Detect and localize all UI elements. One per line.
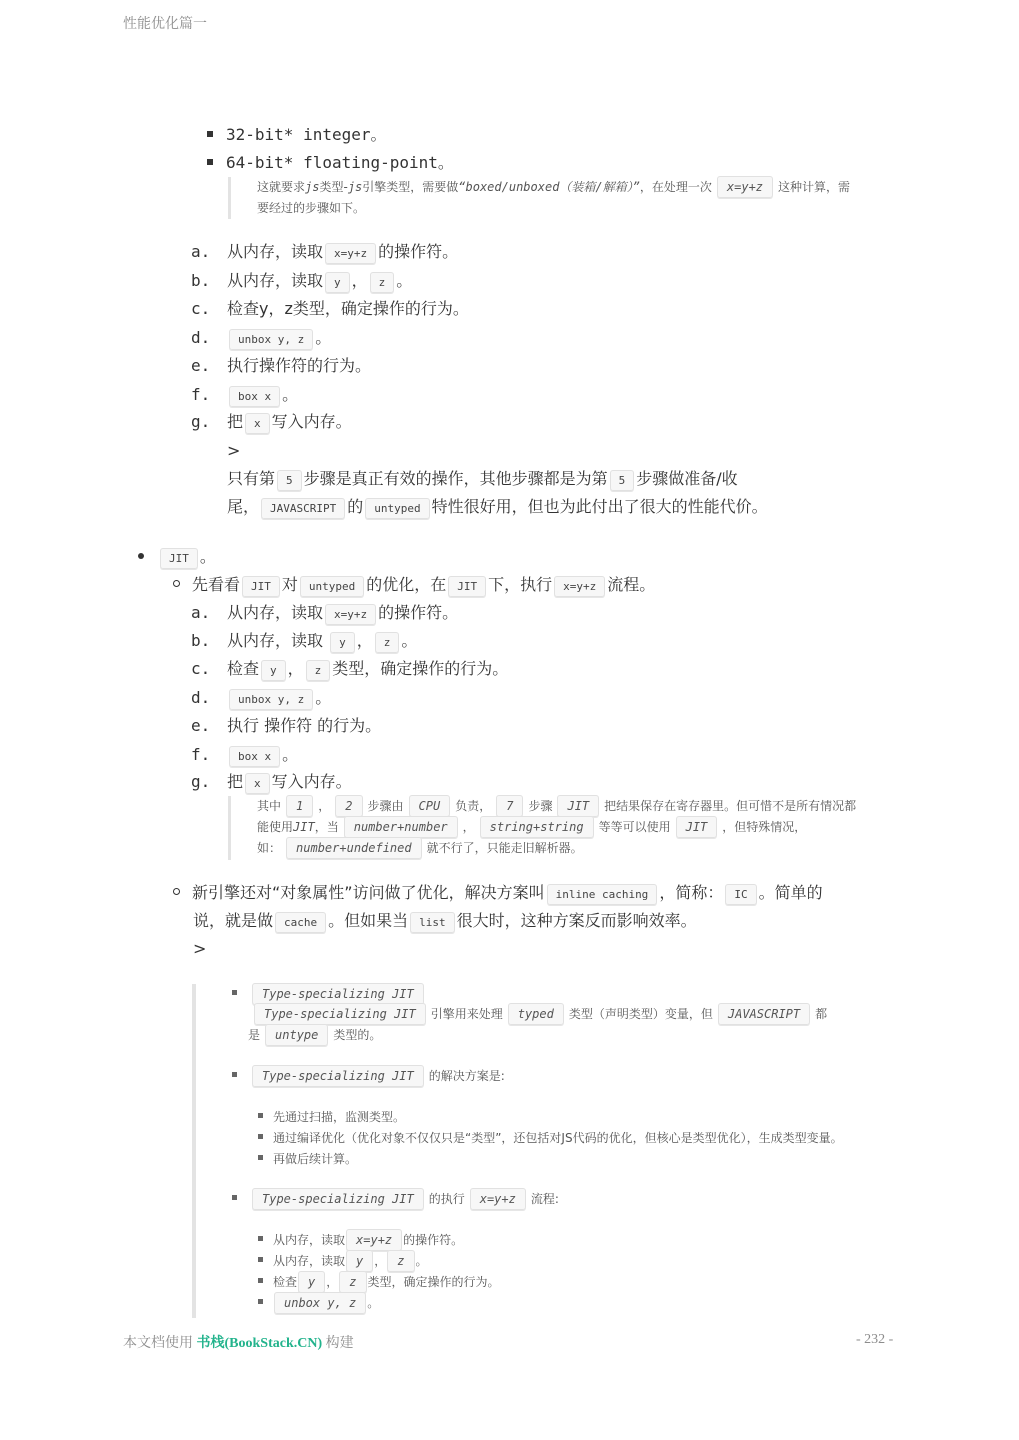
step-text: 把 — [227, 412, 243, 431]
inline-code: Type-specializing JIT — [254, 1003, 426, 1025]
inline-code: untype — [265, 1024, 328, 1046]
inline-code: z — [387, 1250, 414, 1272]
inline-code: Type-specializing JIT — [252, 983, 424, 1005]
step-item: f.box x。 — [191, 743, 298, 769]
step-item: c.检查y，z类型，确定操作的行为。 — [191, 297, 469, 321]
inline-code: x=y+z — [325, 243, 376, 264]
step-label: b. — [191, 269, 227, 293]
inline-code: 5 — [610, 470, 635, 491]
text: ， — [374, 1254, 386, 1268]
inline-code: x=y+z — [346, 1229, 402, 1251]
inline-code: unbox y, z — [274, 1292, 366, 1314]
text: 说，就是做 — [193, 911, 273, 930]
text: 都 — [815, 1007, 827, 1021]
blockquote-bar — [192, 984, 196, 1318]
text: 流程。 — [607, 575, 655, 594]
quote-text: 负责， — [455, 799, 491, 813]
inline-code: JAVASCRIPT — [261, 498, 345, 519]
step-text: 执行操作符的行为。 — [227, 356, 371, 375]
quote-text: ，在处理一次 — [640, 180, 712, 194]
inline-code: cache — [275, 912, 326, 933]
square-bullet-icon — [258, 1278, 263, 1283]
text: 从内存，读取 — [273, 1233, 345, 1247]
sub-list-item: unbox y, z。 — [258, 1293, 379, 1314]
summary-line: 尾，JAVASCRIPT的untyped特性很好用，但也为此付出了很大的性能代价… — [227, 495, 768, 521]
text: 引擎用来处理 — [431, 1007, 503, 1021]
text: 再做后续计算。 — [273, 1152, 357, 1166]
quote-text: 这种计算，需 — [778, 180, 850, 194]
list-item-intro: 先看看JIT对untyped的优化，在JIT下，执行x=y+z流程。 — [173, 573, 655, 599]
step-label: b. — [191, 629, 227, 653]
inline-code: z — [375, 632, 400, 653]
quote-text: ， — [463, 820, 475, 834]
inline-code: x=y+z — [470, 1188, 526, 1210]
text: 。 — [416, 1254, 428, 1268]
step-text: 类型，确定操作的行为。 — [332, 659, 508, 678]
step-text: 检查y，z类型，确定操作的行为。 — [227, 299, 469, 318]
step-text: 从内存，读取 — [227, 271, 323, 290]
step-item: e.执行操作符的行为。 — [191, 354, 371, 378]
inline-code: y — [298, 1271, 325, 1293]
quote-text: 步骤 — [528, 799, 552, 813]
inline-code: y — [261, 660, 286, 681]
sub-list-item: 再做后续计算。 — [258, 1149, 357, 1170]
inline-code: JIT — [160, 548, 198, 569]
step-item: c.检查y，z类型，确定操作的行为。 — [191, 657, 508, 683]
quote-text: ，但特殊情况， — [722, 820, 806, 834]
square-bullet-icon — [258, 1134, 263, 1139]
text: 通过编译优化（优化对象不仅仅只是“类型”，还包括对JS代码的优化，但核心是类型优… — [273, 1131, 843, 1145]
step-text: 从内存，读取 — [227, 242, 323, 261]
inline-code: untyped — [300, 576, 364, 597]
step-text: 。 — [401, 631, 417, 650]
inline-code: JIT — [448, 576, 486, 597]
step-label: d. — [191, 686, 227, 710]
summary-text: 步骤是真正有效的操作，其他步骤都是为第 — [304, 469, 608, 488]
inline-code: z — [370, 272, 395, 293]
list-item-jit: JIT。 — [138, 545, 216, 571]
quote-text: ，当 — [315, 820, 339, 834]
quote-text: js — [348, 180, 362, 194]
circle-bullet-icon — [173, 888, 180, 895]
list-item-text: 32-bit* integer。 — [226, 125, 387, 144]
quote-text: 其中 — [257, 799, 281, 813]
disc-bullet-icon — [138, 553, 144, 559]
inline-code: 7 — [496, 795, 523, 817]
step-text: 的操作符。 — [378, 603, 458, 622]
text: 的解决方案是: — [429, 1069, 505, 1083]
quote-text: 把结果保存在寄存器里。但可惜不是所有情况都 — [604, 799, 856, 813]
sub-list-item: 从内存，读取x=y+z的操作符。 — [258, 1230, 463, 1251]
inline-code: inline caching — [547, 884, 658, 905]
step-item: b.从内存，读取 y，z。 — [191, 629, 417, 655]
tsjit-item-1-line3: 是untype类型的。 — [248, 1025, 381, 1046]
brand-link[interactable]: 书栈(BookStack.CN) — [197, 1336, 323, 1351]
inline-code: Type-specializing JIT — [252, 1188, 424, 1210]
list-item-text: 。 — [200, 547, 216, 566]
text: 新引擎还对“对象属性”访问做了优化，解决方案叫 — [192, 883, 545, 902]
quote-text: 步骤由 — [368, 799, 404, 813]
square-bullet-icon — [232, 1195, 237, 1200]
blockquote: 这就要求js类型-js引擎类型，需要做“boxed/unboxed（装箱/解箱）… — [228, 177, 907, 219]
quote-marker: > — [227, 439, 240, 463]
step-label: f. — [191, 743, 227, 767]
inline-code: string+string — [480, 816, 594, 838]
page-header-title: 性能优化篇一 — [123, 13, 207, 33]
inline-code: untyped — [365, 498, 429, 519]
quote-text: 就不行了，只能走旧解析器。 — [427, 841, 583, 855]
step-item: g.把x写入内存。 — [191, 410, 352, 436]
inline-code: 1 — [286, 795, 313, 817]
summary-text: 步骤做准备/收 — [636, 469, 737, 488]
quote-text: 类型- — [319, 180, 347, 194]
step-item: b.从内存，读取y，z。 — [191, 269, 412, 295]
text: ， — [326, 1275, 338, 1289]
step-text: 从内存，读取 — [227, 603, 323, 622]
inline-code: y — [346, 1250, 373, 1272]
sub-list-item: 从内存，读取y，z。 — [258, 1251, 428, 1272]
text: 先通过扫描，监测类型。 — [273, 1110, 405, 1124]
sub-list-item: 先通过扫描，监测类型。 — [258, 1107, 405, 1128]
square-bullet-icon — [258, 1113, 263, 1118]
step-text: ， — [288, 659, 304, 678]
quote-text: 如： — [257, 841, 281, 855]
step-item: a.从内存，读取x=y+z的操作符。 — [191, 601, 458, 627]
inline-code: typed — [508, 1003, 564, 1025]
circle-bullet-icon — [173, 580, 180, 587]
step-text: 执行 操作符 的行为。 — [227, 716, 381, 735]
step-item: d.unbox y, z。 — [191, 686, 331, 712]
quote-text: “boxed/unboxed（装箱/解箱）” — [458, 180, 640, 194]
inline-code: JIT — [676, 816, 718, 838]
list-item: 64-bit* floating-point。 — [207, 151, 454, 175]
tsjit-item-3: Type-specializing JIT的执行x=y+z流程: — [232, 1189, 559, 1210]
quote-text: 这就要求 — [257, 180, 305, 194]
step-label: a. — [191, 601, 227, 625]
step-label: g. — [191, 410, 227, 434]
square-bullet-icon — [232, 1072, 237, 1077]
step-label: c. — [191, 297, 227, 321]
step-text: 写入内存。 — [272, 772, 352, 791]
tsjit-item-1: Type-specializing JIT — [232, 984, 429, 1005]
inline-code: x=y+z — [325, 604, 376, 625]
list-item-text: 64-bit* floating-point。 — [226, 153, 454, 172]
step-text: 。 — [315, 328, 331, 347]
square-bullet-icon — [258, 1299, 263, 1304]
text: 对 — [282, 575, 298, 594]
inline-code: z — [339, 1271, 366, 1293]
step-item: d.unbox y, z。 — [191, 326, 331, 352]
step-label: d. — [191, 326, 227, 350]
inline-code: x=y+z — [717, 176, 773, 198]
summary-text: 只有第 — [227, 469, 275, 488]
inline-code: z — [306, 660, 331, 681]
text: 很大时，这种方案反而影响效率。 — [457, 911, 697, 930]
quote-text: 要经过的步骤如下。 — [257, 198, 907, 219]
step-item: f.box x。 — [191, 383, 298, 409]
step-label: f. — [191, 383, 227, 407]
text: 下，执行 — [488, 575, 552, 594]
inline-code: IC — [725, 884, 756, 905]
step-label: c. — [191, 657, 227, 681]
inline-code: x — [245, 773, 270, 794]
inline-code: number+undefined — [286, 837, 422, 859]
paragraph-line: 说，就是做cache。但如果当list很大时，这种方案反而影响效率。 — [193, 909, 697, 935]
summary-text: 的 — [347, 497, 363, 516]
inline-code: y — [325, 272, 350, 293]
footer-text: 构建 — [322, 1336, 354, 1351]
quote-text: 能使用 — [257, 820, 293, 834]
summary-text: 特性很好用，但也为此付出了很大的性能代价。 — [432, 497, 768, 516]
text: 是 — [248, 1028, 260, 1042]
square-bullet-icon — [258, 1155, 263, 1160]
quote-marker: > — [193, 937, 206, 961]
summary-line: 只有第5步骤是真正有效的操作，其他步骤都是为第5步骤做准备/收 — [227, 467, 738, 493]
step-text: 。 — [315, 688, 331, 707]
quote-text: 等等可以使用 — [599, 820, 671, 834]
step-label: e. — [191, 354, 227, 378]
inline-code: list — [410, 912, 455, 933]
text: 类型，确定操作的行为。 — [368, 1275, 500, 1289]
inline-code: box x — [229, 386, 280, 407]
blockquote: 其中1，2步骤由CPU负责，7步骤JIT把结果保存在寄存器里。但可惜不是所有情况… — [228, 796, 907, 860]
list-item-ic: 新引擎还对“对象属性”访问做了优化，解决方案叫inline caching，简称… — [173, 881, 823, 907]
text: 检查 — [273, 1275, 297, 1289]
inline-code: JAVASCRIPT — [718, 1003, 810, 1025]
tsjit-item-1-line2: Type-specializing JIT引擎用来处理typed类型（声明类型）… — [249, 1004, 827, 1025]
inline-code: unbox y, z — [229, 329, 313, 350]
inline-code: 5 — [277, 470, 302, 491]
step-item: e.执行 操作符 的行为。 — [191, 714, 381, 738]
text: ，简称： — [659, 883, 723, 902]
step-label: e. — [191, 714, 227, 738]
quote-text: JIT — [293, 820, 315, 834]
step-item: a.从内存，读取x=y+z的操作符。 — [191, 240, 458, 266]
step-text: 写入内存。 — [272, 412, 352, 431]
square-bullet-icon — [258, 1236, 263, 1241]
sub-list-item: 通过编译优化（优化对象不仅仅只是“类型”，还包括对JS代码的优化，但核心是类型优… — [258, 1128, 843, 1149]
inline-code: x=y+z — [554, 576, 605, 597]
square-bullet-icon — [258, 1257, 263, 1262]
quote-text: 引擎类型，需要做 — [362, 180, 458, 194]
quote-text: ， — [318, 799, 330, 813]
text: 。 — [367, 1296, 379, 1310]
inline-code: Type-specializing JIT — [252, 1065, 424, 1087]
inline-code: 2 — [335, 795, 362, 817]
quote-text: js — [305, 180, 319, 194]
text: 先看看 — [192, 575, 240, 594]
text: 。简单的 — [759, 883, 823, 902]
step-text: 的操作符。 — [378, 242, 458, 261]
summary-text: 尾， — [227, 497, 259, 516]
inline-code: unbox y, z — [229, 689, 313, 710]
square-bullet-icon — [232, 990, 237, 995]
text: 从内存，读取 — [273, 1254, 345, 1268]
step-text: 。 — [282, 385, 298, 404]
tsjit-item-2: Type-specializing JIT的解决方案是: — [232, 1066, 505, 1087]
step-text: 。 — [396, 271, 412, 290]
square-bullet-icon — [207, 159, 213, 165]
step-text: ， — [357, 631, 373, 650]
text: 。但如果当 — [328, 911, 408, 930]
inline-code: number+number — [344, 816, 458, 838]
step-text: 从内存，读取 — [227, 631, 328, 650]
text: 的操作符。 — [403, 1233, 463, 1247]
inline-code: y — [330, 632, 355, 653]
footer-text: 本文档使用 — [123, 1336, 197, 1351]
inline-code: box x — [229, 746, 280, 767]
square-bullet-icon — [207, 131, 213, 137]
text: 的执行 — [429, 1192, 465, 1206]
text: 类型（声明类型）变量，但 — [569, 1007, 713, 1021]
step-label: a. — [191, 240, 227, 264]
sub-list-item: 检查y，z类型，确定操作的行为。 — [258, 1272, 500, 1293]
text: 流程: — [531, 1192, 559, 1206]
step-item: g.把x写入内存。 — [191, 770, 352, 796]
step-label: g. — [191, 770, 227, 794]
inline-code: CPU — [409, 795, 451, 817]
step-text: ， — [352, 271, 368, 290]
step-text: 把 — [227, 772, 243, 791]
step-text: 检查 — [227, 659, 259, 678]
footer-credit: 本文档使用 书栈(BookStack.CN) 构建 — [123, 1332, 354, 1352]
inline-code: JIT — [242, 576, 280, 597]
inline-code: JIT — [557, 795, 599, 817]
text: 的优化，在 — [366, 575, 446, 594]
text: 类型的。 — [333, 1028, 381, 1042]
list-item: 32-bit* integer。 — [207, 123, 387, 147]
step-text: 。 — [282, 745, 298, 764]
page-number: - 232 - — [856, 1332, 893, 1348]
inline-code: x — [245, 413, 270, 434]
